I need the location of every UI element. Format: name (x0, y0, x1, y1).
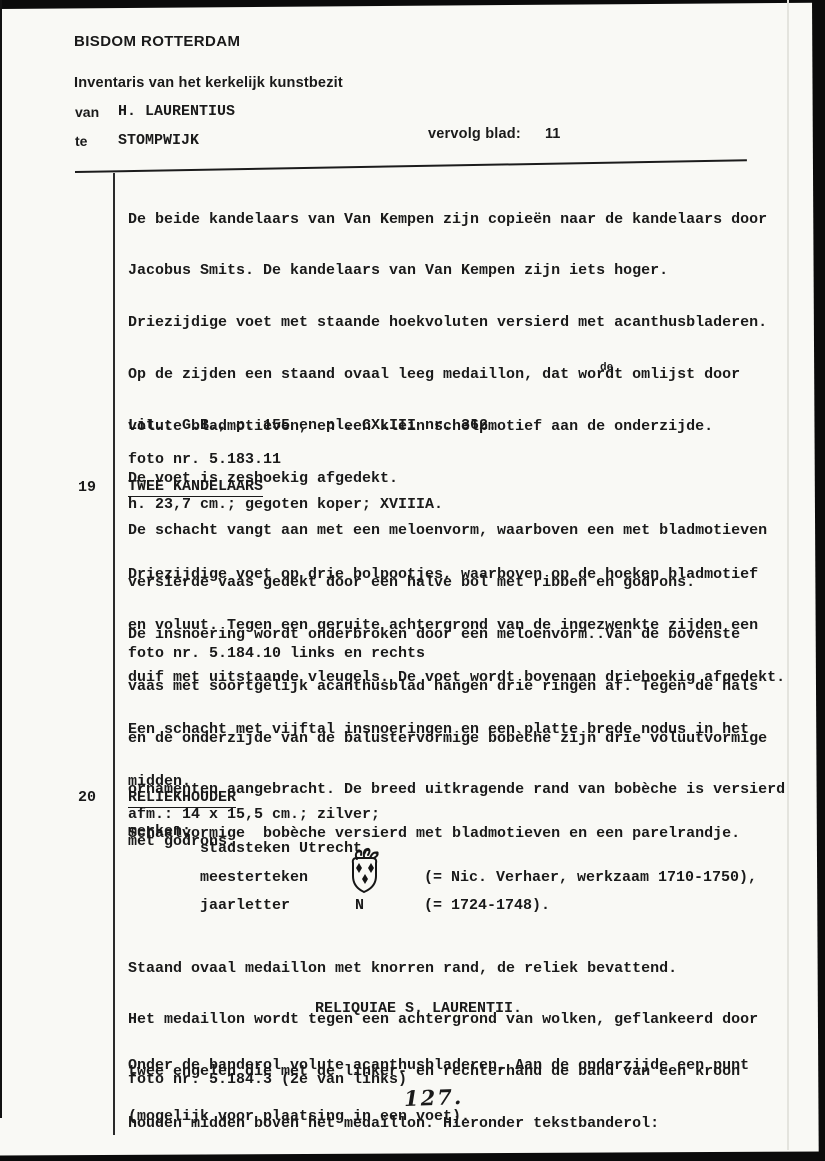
diocese-title: BISDOM ROTTERDAM (74, 33, 240, 50)
text-line: Op de zijden een staand ovaal leeg medai… (128, 366, 785, 383)
item19-description-paragraph: Driezijdige voet op drie bolpootjes, waa… (128, 531, 785, 877)
item19-title: TWEE KANDELAARS (128, 478, 263, 495)
scan-edge-top (0, 0, 812, 9)
marks-label: merken: (128, 823, 191, 840)
year-letter-date-range: (= 1724-1748). (424, 897, 550, 914)
text-line: De beide kandelaars van Van Kempen zijn … (128, 211, 785, 228)
te-label: te (75, 133, 87, 149)
continuation-sheet-number: 11 (545, 126, 560, 142)
scanned-inventory-page: BISDOM ROTTERDAM Inventaris van het kerk… (0, 0, 825, 1161)
maker-mark-shield-icon (344, 846, 384, 903)
item19-title-text: TWEE KANDELAARS (128, 478, 263, 497)
margin-vertical-rule (113, 173, 115, 1135)
header-horizontal-rule (75, 159, 747, 173)
text-line: (mogelijk voor plaatsing in een voet). (128, 1108, 749, 1125)
inventory-subtitle: Inventaris van het kerkelijk kunstbezit (74, 75, 343, 91)
item-number-19: 19 (78, 479, 96, 496)
parish-name: H. LAURENTIUS (118, 103, 235, 120)
typed-insertion-de: de (600, 362, 613, 374)
text-line: Driezijdige voet op drie bolpootjes, waa… (128, 566, 785, 583)
scan-edge-left (0, 0, 2, 1118)
photo-reference: foto nr. 5.183.11 (128, 451, 281, 468)
text-line: Staand ovaal medaillon met knorren rand,… (128, 960, 758, 977)
paper-crease-line (787, 0, 789, 1150)
place-name: STOMPWIJK (118, 132, 199, 149)
item19-photo-reference: foto nr. 5.184.10 links en rechts (128, 645, 425, 662)
year-letter-label: jaarletter (200, 897, 290, 914)
van-label: van (75, 104, 99, 120)
continuation-sheet-label: vervolg blad: (428, 126, 521, 142)
text-line: Jacobus Smits. De kandelaars van Van Kem… (128, 262, 785, 279)
scan-edge-right (812, 0, 825, 1161)
handwritten-page-number: 127. (404, 1084, 464, 1111)
item20-title: RELIEKHOUDER (128, 789, 236, 806)
literature-reference: Lit.: G.B., p. 155 en pl. CXLIII nr. 362… (128, 417, 497, 434)
text-line: en voluut. Tegen een geruite achtergrond… (128, 617, 785, 634)
item20-dimensions: afm.: 14 x 15,5 cm.; zilver; (128, 806, 380, 823)
item20-photo-reference: foto nr. 5.184.3 (2e van links) (128, 1071, 407, 1088)
banderole-inscription: RELIQUIAE S. LAURENTII. (315, 1000, 522, 1017)
text-line: duif met uitstaande vleugels. De voet wo… (128, 669, 785, 686)
text-line: Driezijdige voet met staande hoekvoluten… (128, 314, 785, 331)
item-number-20: 20 (78, 789, 96, 806)
text-line: Een schacht met vijftal insnoeringen en … (128, 721, 785, 738)
item19-dimensions: h. 23,7 cm.; gegoten koper; XVIIIA. (128, 496, 443, 513)
text-line: midden. (128, 773, 785, 790)
maker-mark-attribution: (= Nic. Verhaer, werkzaam 1710-1750), (424, 869, 757, 886)
maker-mark-label: meesterteken (200, 869, 308, 886)
